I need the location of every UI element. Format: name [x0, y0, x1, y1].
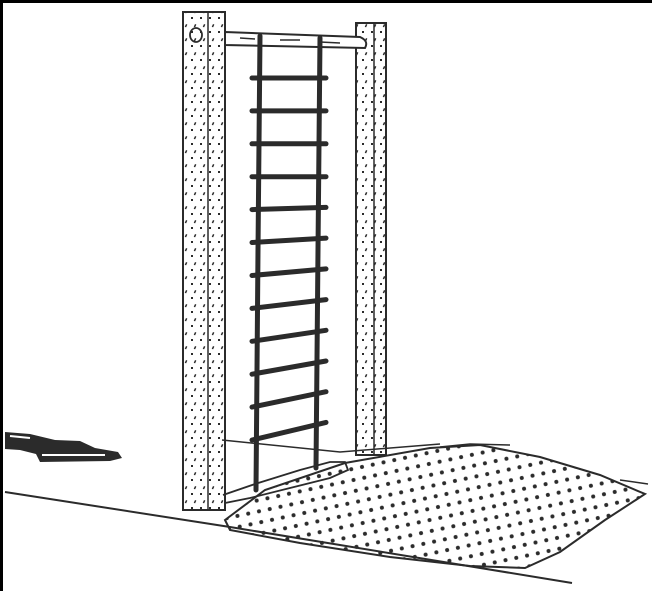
ladder-illustration: [0, 0, 652, 591]
floor-mat: [225, 444, 648, 568]
right-post: [356, 23, 386, 455]
top-bar: [225, 32, 366, 48]
ladder: [252, 36, 326, 490]
shoes: [5, 432, 122, 462]
left-post: [183, 12, 225, 510]
